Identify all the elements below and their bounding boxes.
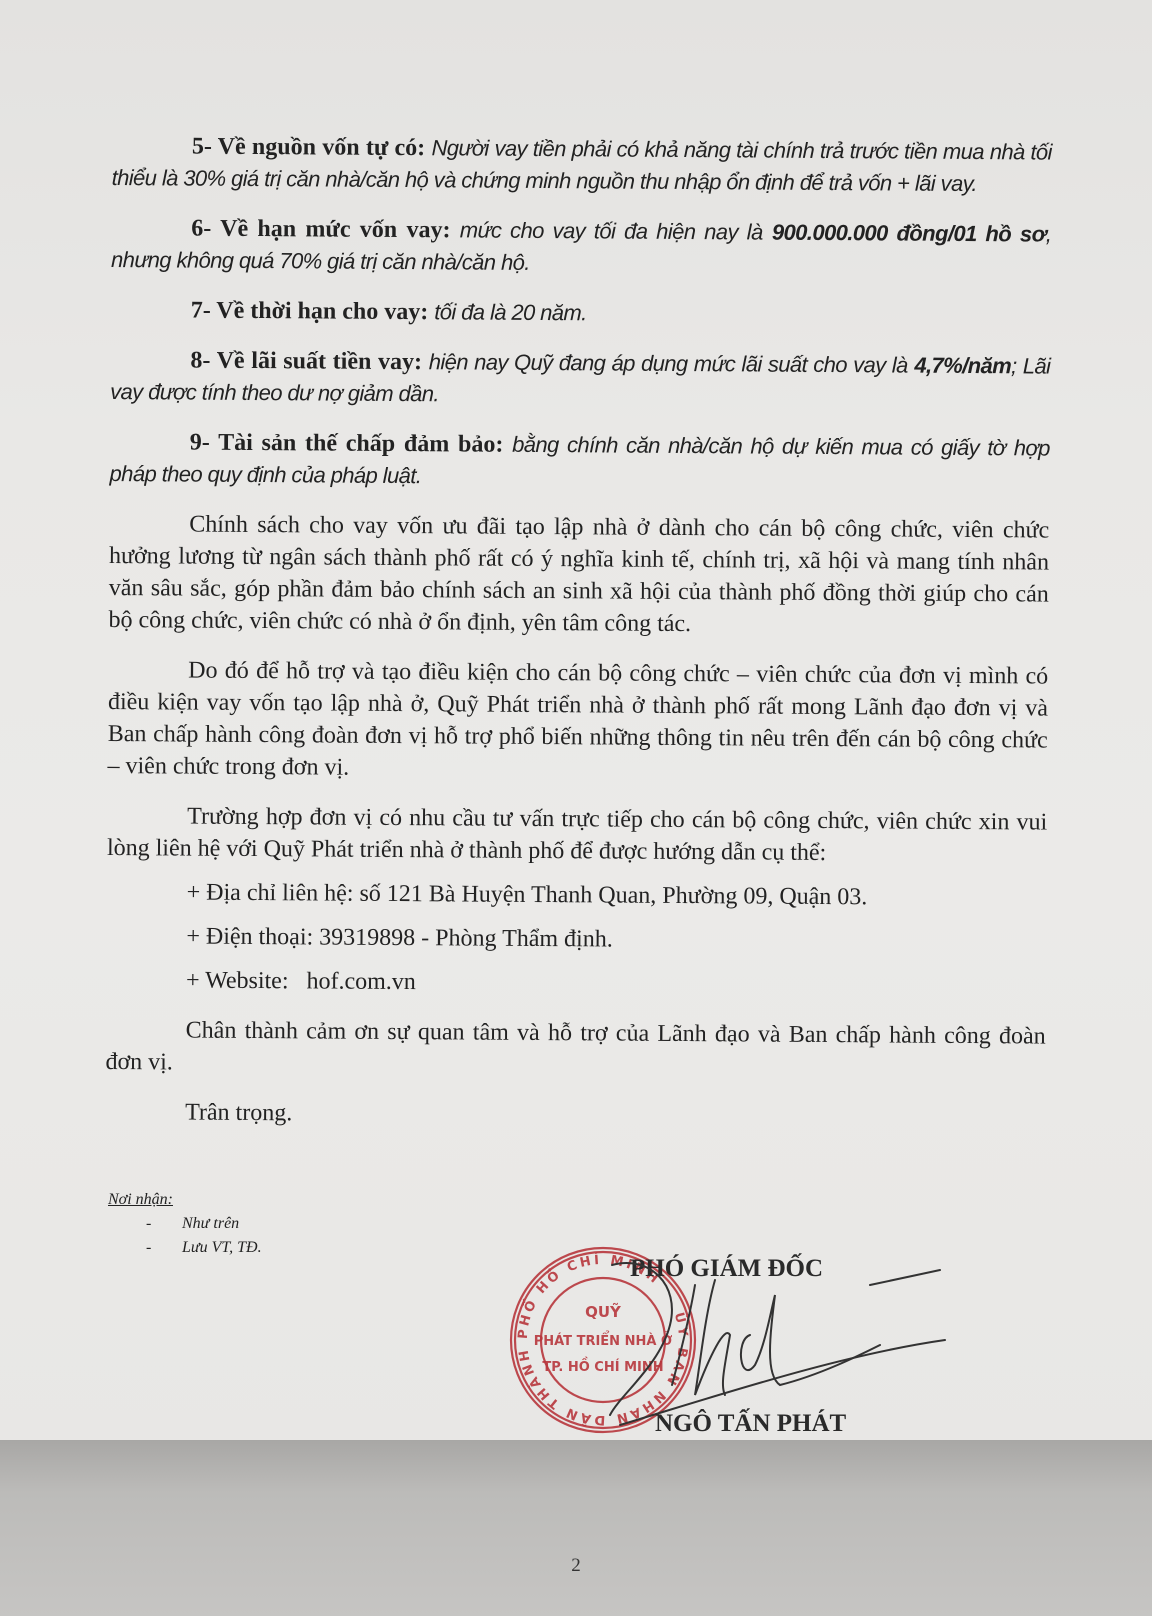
website-link[interactable]: hof.com.vn xyxy=(306,968,415,995)
item-text: tối đa là 20 năm. xyxy=(434,299,587,325)
loan-limit-amount: 900.000.000 đồng/01 hồ sơ xyxy=(772,220,1046,247)
contact-address: + Địa chỉ liên hệ: số 121 Bà Huyện Thanh… xyxy=(107,876,1047,915)
item-term: 7- Về thời hạn cho vay: xyxy=(191,298,429,326)
item-9: 9- Tài sản thế chấp đảm bảo: bằng chính … xyxy=(109,426,1049,497)
item-8: 8- Về lãi suất tiền vay: hiện nay Quỹ đa… xyxy=(110,344,1050,415)
request-paragraph: Do đó để hỗ trợ và tạo điều kiện cho cán… xyxy=(107,654,1048,789)
handwritten-signature xyxy=(600,1245,960,1435)
thanks-paragraph: Chân thành cảm ơn sự quan tâm và hỗ trợ … xyxy=(105,1014,1045,1085)
contact-intro-paragraph: Trường hợp đơn vị có nhu cầu tư vấn trực… xyxy=(107,800,1047,871)
recipient-item: -Như trên xyxy=(108,1212,262,1236)
item-text: mức cho vay tối đa hiện nay là xyxy=(460,217,763,244)
recipient-text: Lưu VT, TĐ. xyxy=(182,1239,262,1256)
recipients-header: Nơi nhận: xyxy=(108,1188,262,1212)
bullet: - xyxy=(146,1212,182,1236)
policy-paragraph: Chính sách cho vay vốn ưu đãi tạo lập nh… xyxy=(108,508,1049,643)
recipients-block: Nơi nhận: -Như trên -Lưu VT, TĐ. xyxy=(108,1188,262,1260)
bullet: - xyxy=(146,1236,182,1260)
item-term: 5- Về nguồn vốn tự có: xyxy=(192,134,426,162)
item-6: 6- Về hạn mức vốn vay: mức cho vay tối đ… xyxy=(111,212,1051,283)
item-5: 5- Về nguồn vốn tự có: Người vay tiền ph… xyxy=(112,130,1052,201)
interest-rate: 4,7%/năm xyxy=(914,353,1011,379)
recipient-item: -Lưu VT, TĐ. xyxy=(108,1236,262,1260)
closing-line: Trân trọng. xyxy=(105,1096,1045,1135)
item-text: hiện nay Quỹ đang áp dụng mức lãi suất c… xyxy=(429,349,908,377)
signer-name: NGÔ TẤN PHÁT xyxy=(655,1410,846,1438)
item-7: 7- Về thời hạn cho vay: tối đa là 20 năm… xyxy=(111,294,1051,333)
item-term: 9- Tài sản thế chấp đảm bảo: xyxy=(190,430,504,458)
next-page-sheet xyxy=(0,1440,1152,1616)
letter-body: 5- Về nguồn vốn tự có: Người vay tiền ph… xyxy=(105,130,1052,1135)
item-term: 6- Về hạn mức vốn vay: xyxy=(191,216,450,244)
item-term: 8- Về lãi suất tiền vay: xyxy=(190,348,422,376)
contact-phone: + Điện thoại: 39319898 - Phòng Thẩm định… xyxy=(106,920,1046,959)
website-label: + Website: xyxy=(186,968,307,995)
page-number: 2 xyxy=(0,1555,1152,1577)
recipient-text: Như trên xyxy=(182,1215,239,1232)
contact-website: + Website: hof.com.vn xyxy=(106,964,1046,1003)
